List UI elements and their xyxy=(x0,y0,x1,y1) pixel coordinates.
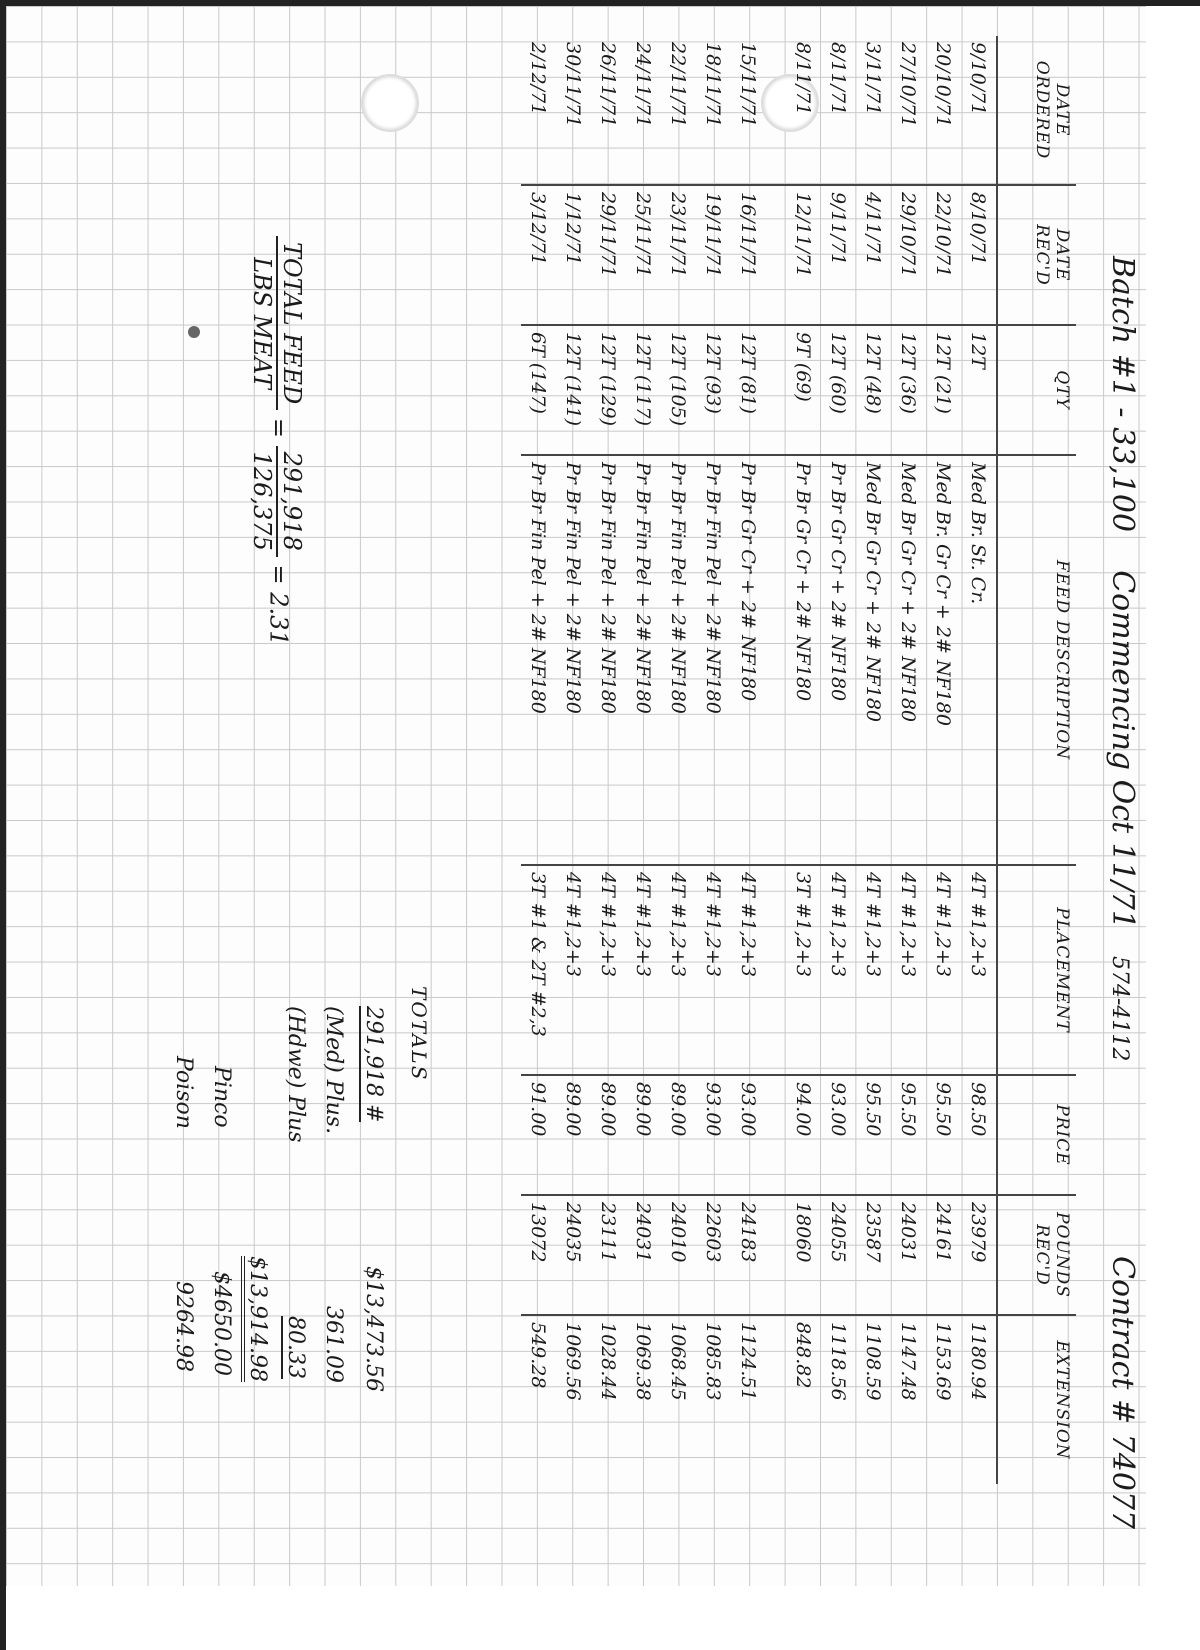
cell-placement: 4T #1,2+3 xyxy=(626,865,661,1075)
cell-received: 3/12/71 xyxy=(521,185,556,325)
cell-pounds: 18060 xyxy=(786,1195,821,1315)
col-extension: EXTENSION xyxy=(997,1315,1076,1484)
cell-extension: 1028.44 xyxy=(591,1315,626,1484)
cell-description: Pr Br Fin Pel + 2# NF180 xyxy=(556,455,591,865)
cell-pounds: 24031 xyxy=(626,1195,661,1315)
cell-ordered: 30/11/71 xyxy=(556,36,591,185)
cell-extension: 1180.94 xyxy=(961,1315,997,1484)
cell-pounds: 23979 xyxy=(961,1195,997,1315)
cell-qty: 12T (81) xyxy=(731,325,766,455)
cell-qty: 12T (117) xyxy=(626,325,661,455)
cell-extension: 1108.59 xyxy=(856,1315,891,1484)
med-plus-amount: 361.09 xyxy=(321,1306,346,1383)
cell-extension: 1069.56 xyxy=(556,1315,591,1484)
total-pounds: 291,918 # xyxy=(361,1006,386,1122)
pinco-label: Pinco xyxy=(209,1066,234,1128)
table-row: 24/11/7125/11/7112T (117)Pr Br Fin Pel +… xyxy=(626,36,661,1484)
cell-description: Med Br. St. Cr. xyxy=(961,455,997,865)
table-row: 30/11/711/12/7112T (141)Pr Br Fin Pel + … xyxy=(556,36,591,1484)
cell-placement: 4T #1,2+3 xyxy=(661,865,696,1075)
cell-extension: 1124.51 xyxy=(731,1315,766,1484)
cell-qty: 6T (147) xyxy=(521,325,556,455)
pinco-amount: $4650.00 xyxy=(209,1271,234,1376)
cell-ordered: 24/11/71 xyxy=(626,36,661,185)
cell-extension: 549.28 xyxy=(521,1315,556,1484)
phone-number: 574-4112 xyxy=(1107,956,1132,1061)
cell-received: 23/11/71 xyxy=(661,185,696,325)
cell-pounds: 23111 xyxy=(591,1195,626,1315)
cell-description: Pr Br Gr Cr + 2# NF180 xyxy=(731,455,766,865)
col-feed-description: FEED DESCRIPTION xyxy=(997,455,1076,865)
cell-price: 89.00 xyxy=(626,1075,661,1195)
table-row: 18/11/7119/11/7112T (93)Pr Br Fin Pel + … xyxy=(696,36,731,1484)
cell-qty: 12T (105) xyxy=(661,325,696,455)
hdwe-plus-amount: 80.33 xyxy=(283,1316,308,1379)
table-row: 20/10/7122/10/7112T (21)Med Br. Gr Cr + … xyxy=(926,36,961,1484)
cell-description: Pr Br Fin Pel + 2# NF180 xyxy=(696,455,731,865)
med-plus-label: (Med) Plus. xyxy=(321,1006,346,1134)
cell-qty: 12T (36) xyxy=(891,325,926,455)
cell-placement: 4T #1,2+3 xyxy=(961,865,997,1075)
cell-ordered: 26/11/71 xyxy=(591,36,626,185)
cell-pounds: 24035 xyxy=(556,1195,591,1315)
cell-extension: 848.82 xyxy=(786,1315,821,1484)
col-placement: PLACEMENT xyxy=(997,865,1076,1075)
cell-price: 95.50 xyxy=(926,1075,961,1195)
cell-placement: 4T #1,2+3 xyxy=(696,865,731,1075)
cell-placement: 3T #1 & 2T #2,3 xyxy=(521,865,556,1075)
cell-pounds: 24010 xyxy=(661,1195,696,1315)
col-qty: QTY xyxy=(997,325,1076,455)
cell-received: 19/11/71 xyxy=(696,185,731,325)
total-extension: $13,473.56 xyxy=(361,1266,386,1392)
poison-amount: 9264.98 xyxy=(171,1281,196,1372)
col-date-ordered: DATEORDERED xyxy=(997,36,1076,185)
table-row: 3/11/714/11/7112T (48)Med Br Gr Cr + 2# … xyxy=(856,36,891,1484)
cell-ordered: 3/11/71 xyxy=(856,36,891,185)
cell-price: 93.00 xyxy=(821,1075,856,1195)
cell-received: 4/11/71 xyxy=(856,185,891,325)
ledger-sheet: Batch #1 - 33,100 Commencing Oct 11/71 5… xyxy=(6,6,1146,1596)
table-row: 8/11/719/11/7112T (60)Pr Br Gr Cr + 2# N… xyxy=(821,36,856,1484)
table-row: 26/11/7129/11/7112T (129)Pr Br Fin Pel +… xyxy=(591,36,626,1484)
cell-ordered: 9/10/71 xyxy=(961,36,997,185)
cell-description: Med Br. Gr Cr + 2# NF180 xyxy=(926,455,961,865)
cell-ordered: 22/11/71 xyxy=(661,36,696,185)
feed-ledger-table: DATEORDERED DATEREC'D QTY FEED DESCRIPTI… xyxy=(521,36,1076,1484)
column-headers: DATEORDERED DATEREC'D QTY FEED DESCRIPTI… xyxy=(997,36,1076,1484)
ratio-labels: TOTAL FEED LBS MEAT xyxy=(248,236,306,410)
cell-pounds: 23587 xyxy=(856,1195,891,1315)
cell-placement: 4T #1,2+3 xyxy=(891,865,926,1075)
cell-qty: 9T (69) xyxy=(786,325,821,455)
cell-extension: 1068.45 xyxy=(661,1315,696,1484)
table-row: 9/10/718/10/7112TMed Br. St. Cr.4T #1,2+… xyxy=(961,36,997,1484)
cell-price: 91.00 xyxy=(521,1075,556,1195)
cell-ordered: 15/11/71 xyxy=(731,36,766,185)
cell-received: 22/10/71 xyxy=(926,185,961,325)
poison-label: Poison xyxy=(171,1056,196,1129)
commencing-date: Commencing Oct 11/71 xyxy=(1105,570,1140,929)
cell-description: Pr Br Fin Pel + 2# NF180 xyxy=(521,455,556,865)
cell-placement: 4T #1,2+3 xyxy=(856,865,891,1075)
cell-placement: 4T #1,2+3 xyxy=(591,865,626,1075)
table-row: 15/11/7116/11/7112T (81)Pr Br Gr Cr + 2#… xyxy=(731,36,766,1484)
cell-extension: 1118.56 xyxy=(821,1315,856,1484)
cell-placement: 4T #1,2+3 xyxy=(556,865,591,1075)
cell-qty: 12T (21) xyxy=(926,325,961,455)
cell-received: 29/11/71 xyxy=(591,185,626,325)
cell-placement: 4T #1,2+3 xyxy=(926,865,961,1075)
table-row: 8/11/7112/11/719T (69)Pr Br Gr Cr + 2# N… xyxy=(786,36,821,1484)
cell-received: 16/11/71 xyxy=(731,185,766,325)
cell-price: 98.50 xyxy=(961,1075,997,1195)
cell-extension: 1085.83 xyxy=(696,1315,731,1484)
table-row: 2/12/713/12/716T (147)Pr Br Fin Pel + 2#… xyxy=(521,36,556,1484)
cell-received: 25/11/71 xyxy=(626,185,661,325)
col-pounds-received: POUNDSREC'D xyxy=(997,1195,1076,1315)
cell-qty: 12T (60) xyxy=(821,325,856,455)
cell-ordered: 18/11/71 xyxy=(696,36,731,185)
table-row: 22/11/7123/11/7112T (105)Pr Br Fin Pel +… xyxy=(661,36,696,1484)
graph-paper-page: Batch #1 - 33,100 Commencing Oct 11/71 5… xyxy=(6,6,1146,1586)
cell-ordered: 27/10/71 xyxy=(891,36,926,185)
grand-total: $13,914.98 xyxy=(245,1256,270,1382)
hdwe-plus-label: (Hdwe) Plus xyxy=(283,1006,308,1143)
cell-received: 12/11/71 xyxy=(786,185,821,325)
cell-price: 93.00 xyxy=(696,1075,731,1195)
cell-price: 93.00 xyxy=(731,1075,766,1195)
cell-description: Pr Br Fin Pel + 2# NF180 xyxy=(626,455,661,865)
row-gap xyxy=(766,36,786,1484)
cell-qty: 12T (48) xyxy=(856,325,891,455)
cell-pounds: 24161 xyxy=(926,1195,961,1315)
cell-placement: 3T #1,2+3 xyxy=(786,865,821,1075)
cell-price: 89.00 xyxy=(556,1075,591,1195)
batch-title: Batch #1 - 33,100 Commencing Oct 11/71 xyxy=(1105,256,1140,929)
cell-ordered: 8/11/71 xyxy=(821,36,856,185)
cell-qty: 12T (141) xyxy=(556,325,591,455)
cell-pounds: 24183 xyxy=(731,1195,766,1315)
cell-qty: 12T (93) xyxy=(696,325,731,455)
cell-qty: 12T (129) xyxy=(591,325,626,455)
cell-price: 95.50 xyxy=(856,1075,891,1195)
cell-price: 89.00 xyxy=(661,1075,696,1195)
contract-number: Contract # 74077 xyxy=(1105,1256,1140,1529)
table-row: 27/10/7129/10/7112T (36)Med Br Gr Cr + 2… xyxy=(891,36,926,1484)
cell-price: 94.00 xyxy=(786,1075,821,1195)
cell-description: Pr Br Gr Cr + 2# NF180 xyxy=(786,455,821,865)
cell-ordered: 2/12/71 xyxy=(521,36,556,185)
ratio-values: 291,918 126,375 xyxy=(248,446,306,557)
cell-pounds: 13072 xyxy=(521,1195,556,1315)
batch-number: Batch #1 - 33,100 xyxy=(1105,256,1140,532)
cell-received: 9/11/71 xyxy=(821,185,856,325)
cell-pounds: 24031 xyxy=(891,1195,926,1315)
cell-ordered: 20/10/71 xyxy=(926,36,961,185)
cell-received: 1/12/71 xyxy=(556,185,591,325)
cell-extension: 1153.69 xyxy=(926,1315,961,1484)
cell-placement: 4T #1,2+3 xyxy=(821,865,856,1075)
cell-extension: 1069.38 xyxy=(626,1315,661,1484)
cell-ordered: 8/11/71 xyxy=(786,36,821,185)
cell-description: Pr Br Fin Pel + 2# NF180 xyxy=(661,455,696,865)
cell-received: 29/10/71 xyxy=(891,185,926,325)
feed-conversion-ratio: TOTAL FEED LBS MEAT = 291,918 126,375 = … xyxy=(248,236,306,646)
totals-label: TOTALS xyxy=(407,986,431,1081)
cell-received: 8/10/71 xyxy=(961,185,997,325)
col-price: PRICE xyxy=(997,1075,1076,1195)
cell-pounds: 24055 xyxy=(821,1195,856,1315)
cell-price: 95.50 xyxy=(891,1075,926,1195)
cell-description: Med Br Gr Cr + 2# NF180 xyxy=(891,455,926,865)
cell-description: Pr Br Gr Cr + 2# NF180 xyxy=(821,455,856,865)
cell-price: 89.00 xyxy=(591,1075,626,1195)
cell-qty: 12T xyxy=(961,325,997,455)
cell-description: Pr Br Fin Pel + 2# NF180 xyxy=(591,455,626,865)
col-date-received: DATEREC'D xyxy=(997,185,1076,325)
cell-placement: 4T #1,2+3 xyxy=(731,865,766,1075)
cell-pounds: 22603 xyxy=(696,1195,731,1315)
cell-extension: 1147.48 xyxy=(891,1315,926,1484)
cell-description: Med Br Gr Cr + 2# NF180 xyxy=(856,455,891,865)
ratio-result: 2.31 xyxy=(265,592,293,645)
